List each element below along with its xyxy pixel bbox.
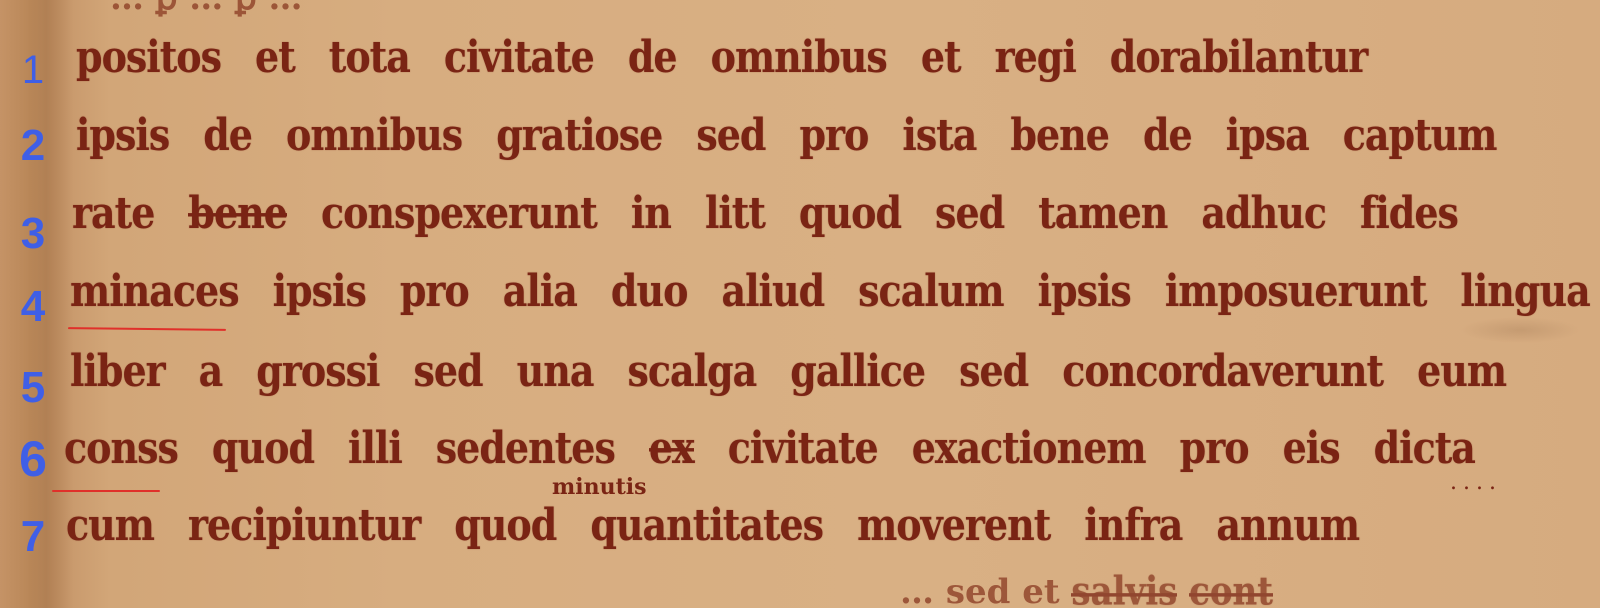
word: cum (66, 499, 154, 551)
word: civitate (728, 422, 878, 474)
word: quod (212, 422, 314, 474)
underlined-word: conss (64, 422, 178, 474)
word: a (199, 345, 223, 397)
manuscript-line-2: ipsis de omnibus gratiose sed pro ista b… (76, 112, 1496, 172)
struck-word: cont (1189, 569, 1273, 608)
word: de (1143, 109, 1192, 161)
word: tamen (1038, 187, 1167, 239)
bottom-partial-line: … sed et salvis cont (900, 572, 1273, 608)
word: sed (946, 572, 1011, 608)
word: scalga (627, 345, 756, 397)
word: gallice (790, 345, 925, 397)
word: ista (902, 109, 976, 161)
word: liber (70, 345, 165, 397)
word: eis (1283, 422, 1340, 474)
manuscript-line-4: minaces ipsis pro alia duo aliud scalum … (70, 268, 1590, 328)
line-number-1: 1 (8, 48, 58, 92)
word: imposuerunt (1165, 265, 1427, 317)
trailing-dots: .... (1450, 470, 1502, 495)
word: aliud (721, 265, 824, 317)
word: civitate (444, 31, 594, 83)
word: litt (705, 187, 765, 239)
word: recipiuntur (188, 499, 420, 551)
manuscript-text-block: positos et tota civitate de omnibus et r… (70, 0, 1470, 608)
word: positos (76, 31, 221, 83)
underlined-word: minaces (70, 265, 239, 317)
word: conspexerunt (321, 187, 597, 239)
word: captum (1343, 109, 1497, 161)
word: eum (1417, 345, 1506, 397)
line-number-7: 7 (8, 515, 58, 559)
word: omnibus (286, 109, 462, 161)
line-number-2: 2 (8, 124, 58, 168)
word: quod (799, 187, 901, 239)
word: quantitates (590, 499, 823, 551)
word: omnibus (711, 31, 887, 83)
word: pro (1180, 422, 1249, 474)
word: ipsis (273, 265, 366, 317)
word: pro (799, 109, 868, 161)
manuscript-line-3: rate bene conspexerunt in litt quod sed … (72, 190, 1458, 250)
word: sed (696, 109, 765, 161)
word: dicta (1374, 422, 1475, 474)
word: sed (413, 345, 482, 397)
word: regi (995, 31, 1076, 83)
word: fides (1360, 187, 1458, 239)
word: et (255, 31, 295, 83)
manuscript-line-6: conss quod illi sedentes ex civitate exa… (64, 425, 1475, 485)
word: scalum (858, 265, 1003, 317)
word: concordaverunt (1062, 345, 1383, 397)
word: adhuc (1201, 187, 1326, 239)
word: rate (72, 187, 154, 239)
word: grossi (256, 345, 379, 397)
word: ipsis (1038, 265, 1131, 317)
manuscript-line-1: positos et tota civitate de omnibus et r… (76, 34, 1367, 94)
manuscript-line-7: cum recipiuntur quod quantitates moveren… (66, 502, 1359, 562)
word: de (628, 31, 677, 83)
red-underline-line-6 (52, 490, 160, 492)
word: sed (959, 345, 1028, 397)
red-underline-line-4 (68, 327, 226, 331)
word: et (921, 31, 961, 83)
word: ipsis (76, 109, 169, 161)
struck-word: salvis (1071, 569, 1177, 608)
word: ipsa (1226, 109, 1309, 161)
struck-word: ex (649, 422, 694, 474)
word: gratiose (496, 109, 662, 161)
line-number-3: 3 (8, 212, 58, 256)
word: lingua (1460, 265, 1589, 317)
struck-word: bene (188, 187, 287, 239)
word: de (203, 109, 252, 161)
word: sed (935, 187, 1004, 239)
word: una (517, 345, 594, 397)
manuscript-page: … ꝑ … ꝑ … 1 2 3 4 5 6 7 positos et tota … (0, 0, 1600, 608)
word: illi (348, 422, 402, 474)
margin-line-numbers: 1 2 3 4 5 6 7 (0, 0, 70, 608)
manuscript-line-5: liber a grossi sed una scalga gallice se… (70, 348, 1506, 408)
word: exactionem (912, 422, 1146, 474)
word: bene (1010, 109, 1109, 161)
word: in (631, 187, 671, 239)
word: … (900, 572, 934, 608)
word: annum (1216, 499, 1359, 551)
word: infra (1084, 499, 1182, 551)
word: alia (503, 265, 577, 317)
word: pro (400, 265, 469, 317)
word: moverent (857, 499, 1050, 551)
line-number-4: 4 (8, 285, 58, 329)
word: et (1022, 572, 1059, 608)
line-number-5: 5 (8, 366, 58, 410)
word: quod (454, 499, 556, 551)
word: tota (329, 31, 410, 83)
word: duo (611, 265, 688, 317)
word: sedentes (436, 422, 615, 474)
word: dorabilantur (1110, 31, 1367, 83)
line-number-6: 6 (8, 437, 58, 481)
interlinear-insertion: minutis (552, 474, 647, 500)
